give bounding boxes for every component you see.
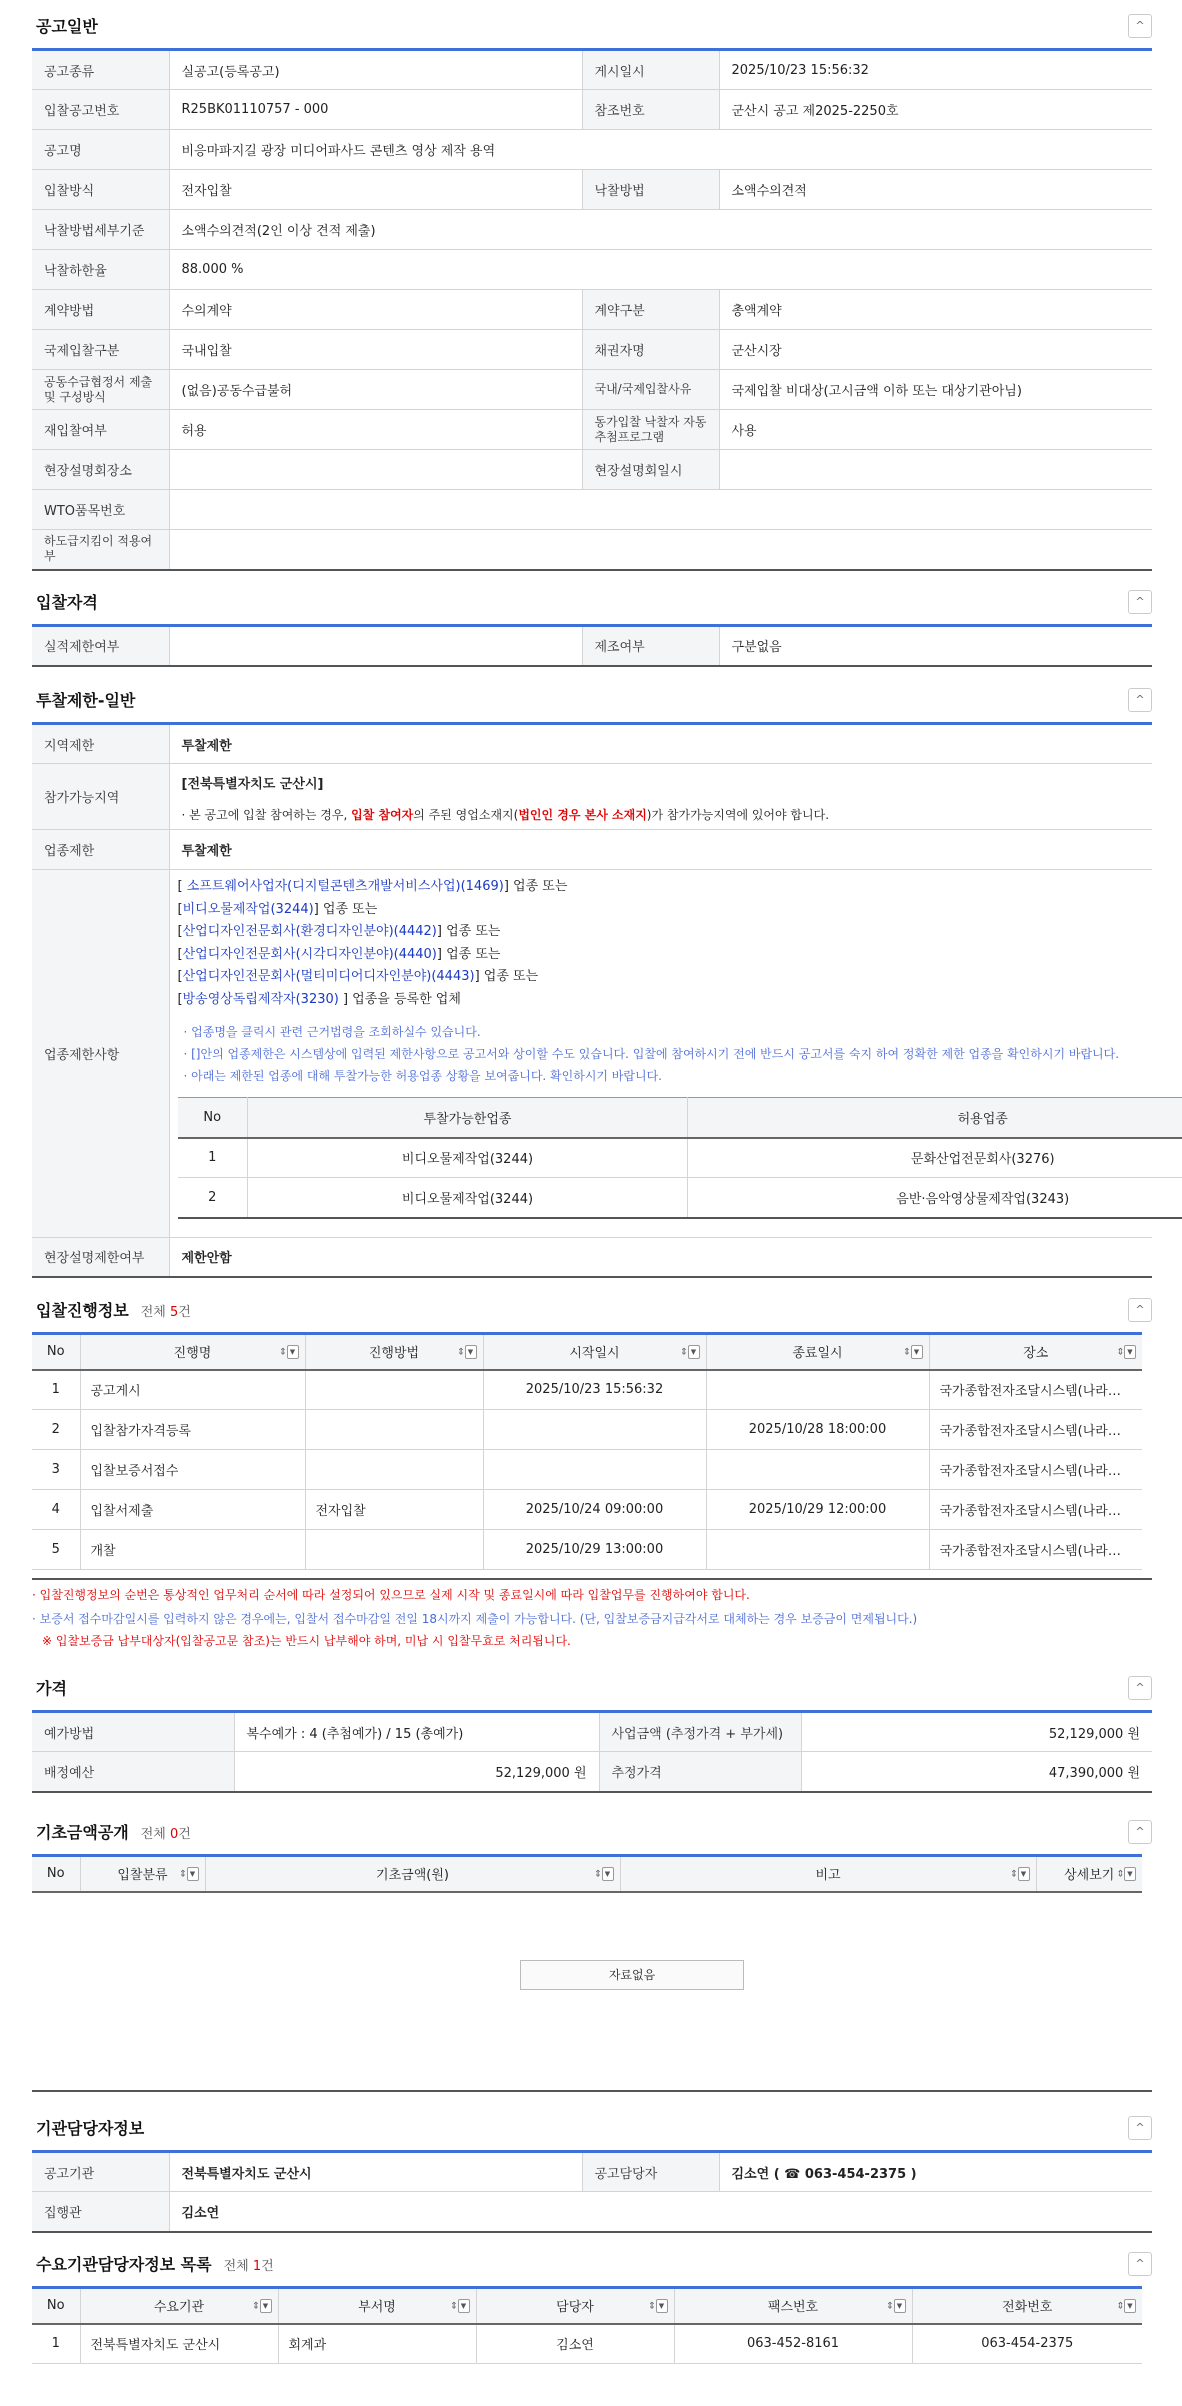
price-method-value: 복수예가 : 4 (추첨예가) / 15 (총예가) (234, 1712, 599, 1752)
cell (483, 1410, 706, 1450)
field-label: 현장설명회일시 (582, 450, 719, 490)
field-value: (없음)공동수급불허 (169, 370, 582, 410)
info-row: 낙찰하한율88.000 % (32, 250, 1152, 290)
cell: 2025/10/29 13:00:00 (483, 1530, 706, 1570)
section-title: 기관담당자정보 (36, 2116, 144, 2139)
field-label: 공동수급협정서 제출 및 구성방식 (32, 370, 169, 410)
sort-icon[interactable]: ⇕ (457, 1348, 465, 1358)
field-value: 수의계약 (169, 290, 582, 330)
industry-note: · 아래는 제한된 업종에 대해 투찰가능한 허용업종 상황을 보여줍니다. 확… (178, 1065, 1141, 1087)
info-row: 하도급지킴이 적용여부 (32, 530, 1152, 570)
sort-icon[interactable]: ⇕ (252, 2302, 260, 2312)
field-label: 채권자명 (582, 330, 719, 370)
allowed-industry-table: No투찰가능한업종허용업종 1비디오물제작업(3244)문화산업전문회사(327… (178, 1097, 1182, 1219)
filter-dropdown-icon[interactable]: ▼ (894, 2299, 906, 2313)
collapse-toggle-icon[interactable]: ^ (1128, 2116, 1152, 2140)
column-label: No (47, 1866, 65, 1881)
area-note: · 본 공고에 입찰 참여하는 경우, 입찰 참여자의 주된 영업소재지(법인인… (182, 806, 1141, 823)
field-value: 전자입찰 (169, 170, 582, 210)
base-price-table: No입찰분류⇕▼기초금액(원)⇕▼비고⇕▼상세보기⇕▼ (32, 1854, 1142, 1893)
filter-dropdown-icon[interactable]: ▼ (602, 1867, 614, 1881)
sort-control[interactable]: ⇕▼ (279, 1345, 299, 1359)
cell: 김소연 (476, 2324, 674, 2364)
project-amount-label: 사업금액 (추정가격 + 부가세) (599, 1712, 801, 1752)
estimated-price-label: 추정가격 (599, 1752, 801, 1792)
agency-table: 공고기관 전북특별자치도 군산시 공고담당자 김소연 ( ☎ 063-454-2… (32, 2150, 1152, 2233)
field-label: 낙찰방법세부기준 (32, 210, 169, 250)
filter-dropdown-icon[interactable]: ▼ (260, 2299, 272, 2313)
filter-dropdown-icon[interactable]: ▼ (465, 1345, 477, 1359)
collapse-toggle-icon[interactable]: ^ (1128, 1298, 1152, 1322)
field-label: 참조번호 (582, 90, 719, 130)
field-value (169, 530, 1152, 570)
industry-item: [산업디자인전문회사(멀티미디어디자인분야)(4443)] 업종 또는 (178, 966, 1141, 989)
field-label: 현장설명회장소 (32, 450, 169, 490)
cell: 입찰참가자격등록 (80, 1410, 305, 1450)
sort-control[interactable]: ⇕▼ (1116, 2299, 1136, 2313)
progress-notices: · 입찰진행정보의 순번은 통상적인 업무처리 순서에 따라 설정되어 있으므로… (32, 1578, 1152, 1652)
section-price: 가격 ^ 예가방법 복수예가 : 4 (추첨예가) / 15 (총예가) 사업금… (32, 1664, 1152, 1793)
column-header[interactable]: 입찰분류⇕▼ (80, 1856, 205, 1892)
info-row: 실적제한여부제조여부구분없음 (32, 626, 1152, 666)
industry-item: [산업디자인전문회사(환경디자인분야)(4442)] 업종 또는 (178, 921, 1141, 944)
sort-control[interactable]: ⇕▼ (252, 2299, 272, 2313)
total-count: 전체 0건 (141, 1827, 191, 1842)
filter-dropdown-icon[interactable]: ▼ (458, 2299, 470, 2313)
industry-suffix: ] 업종 또는 (437, 947, 501, 962)
agency-label: 공고기관 (32, 2152, 169, 2192)
column-label: 수요기관 (154, 2300, 204, 2315)
column-label: 전화번호 (1002, 2300, 1052, 2315)
industry-link[interactable]: 비디오물제작업(3244) (183, 902, 314, 917)
column-header: No (32, 1334, 80, 1370)
filter-dropdown-icon[interactable]: ▼ (656, 2299, 668, 2313)
filter-dropdown-icon[interactable]: ▼ (688, 1345, 700, 1359)
field-label: 입찰공고번호 (32, 90, 169, 130)
cell: 5 (32, 1530, 80, 1570)
info-row: 국제입찰구분국내입찰채권자명군산시장 (32, 330, 1152, 370)
industry-item: [ 소프트웨어사업자(디지털콘텐츠개발서비스사업)(1469)] 업종 또는 (178, 876, 1141, 899)
filter-dropdown-icon[interactable]: ▼ (1018, 1867, 1030, 1881)
budget-label: 배정예산 (32, 1752, 234, 1792)
site-label: 현장설명제한여부 (32, 1237, 169, 1277)
qualification-table: 실적제한여부제조여부구분없음 (32, 624, 1152, 667)
field-label: 입찰방식 (32, 170, 169, 210)
info-row: 입찰방식전자입찰낙찰방법소액수의견적 (32, 170, 1152, 210)
cell: 063-452-8161 (674, 2324, 912, 2364)
detail-label: 업종제한사항 (32, 870, 169, 1238)
industry-link[interactable]: 산업디자인전문회사(멀티미디어디자인분야)(4443) (183, 969, 475, 984)
field-value: 국내입찰 (169, 330, 582, 370)
field-value (719, 450, 1152, 490)
cell: 2025/10/24 09:00:00 (483, 1490, 706, 1530)
demand-table: No수요기관⇕▼부서명⇕▼담당자⇕▼팩스번호⇕▼전화번호⇕▼ 1전북특별자치도 … (32, 2286, 1142, 2364)
executor-label: 집행관 (32, 2192, 169, 2232)
field-label: 계약방법 (32, 290, 169, 330)
column-header[interactable]: 전화번호⇕▼ (912, 2288, 1142, 2324)
sort-control[interactable]: ⇕▼ (450, 2299, 470, 2313)
column-label: 진행명 (174, 1346, 212, 1361)
field-value: 88.000 % (169, 250, 1152, 290)
officer-value: 김소연 ( ☎ 063-454-2375 ) (719, 2152, 1152, 2192)
restriction-table: 지역제한 투찰제한 참가가능지역 [전북특별자치도 군산시] · 본 공고에 입… (32, 722, 1152, 1278)
collapse-toggle-icon[interactable]: ^ (1128, 688, 1152, 712)
collapse-toggle-icon[interactable]: ^ (1128, 1676, 1152, 1700)
cell: 1 (32, 2324, 80, 2364)
column-header[interactable]: 상세보기⇕▼ (1036, 1856, 1142, 1892)
column-header: 허용업종 (688, 1098, 1182, 1138)
cell (305, 1410, 483, 1450)
cell: 063-454-2375 (912, 2324, 1142, 2364)
sort-control[interactable]: ⇕▼ (179, 1867, 199, 1881)
section-title: 가격 (36, 1676, 67, 1699)
sort-control[interactable]: ⇕▼ (903, 1345, 923, 1359)
price-method-label: 예가방법 (32, 1712, 234, 1752)
industry-suffix: ] 업종 또는 (504, 879, 568, 894)
column-header: 투찰가능한업종 (248, 1098, 688, 1138)
section-base-price: 기초금액공개전체 0건 ^ No입찰분류⇕▼기초금액(원)⇕▼비고⇕▼상세보기⇕… (32, 1808, 1152, 1893)
cell: 4 (32, 1490, 80, 1530)
total-count: 전체 1건 (224, 2259, 274, 2274)
sort-icon[interactable]: ⇕ (1116, 1870, 1124, 1880)
cell: 전북특별자치도 군산시 (80, 2324, 278, 2364)
collapse-toggle-icon[interactable]: ^ (1128, 14, 1152, 38)
field-value: 군산시장 (719, 330, 1152, 370)
industry-suffix: ] 업종을 등록한 업체 (343, 992, 461, 1007)
section-title: 수요기관담당자정보 목록전체 1건 (36, 2252, 274, 2275)
info-row: 입찰공고번호R25BK01110757 - 000참조번호군산시 공고 제202… (32, 90, 1152, 130)
cell (706, 1530, 929, 1570)
cell: 1 (32, 1370, 80, 1410)
sort-icon[interactable]: ⇕ (648, 2302, 656, 2312)
agency-value: 전북특별자치도 군산시 (169, 2152, 582, 2192)
industry-suffix: ] 업종 또는 (437, 924, 501, 939)
table-row: 2비디오물제작업(3244)음반·음악영상물제작업(3243) (178, 1178, 1182, 1218)
sort-icon[interactable]: ⇕ (594, 1870, 602, 1880)
section-agency: 기관담당자정보 ^ 공고기관 전북특별자치도 군산시 공고담당자 김소연 ( ☎… (32, 2104, 1152, 2233)
cell: 공고게시 (80, 1370, 305, 1410)
industry-value: 투찰제한 (169, 830, 1152, 870)
cell: 비디오물제작업(3244) (248, 1178, 688, 1218)
field-label: WTO품목번호 (32, 490, 169, 530)
section-restriction: 투찰제한-일반 ^ 지역제한 투찰제한 참가가능지역 [전북특별자치도 군산시]… (32, 676, 1152, 1278)
field-value: 2025/10/23 15:56:32 (719, 50, 1152, 90)
field-label: 공고종류 (32, 50, 169, 90)
info-row: 공고명비응마파지길 광장 미디어파사드 콘텐츠 영상 제작 용역 (32, 130, 1152, 170)
field-value: 국제입찰 비대상(고시금액 이하 또는 대상기관아님) (719, 370, 1152, 410)
field-value (169, 450, 582, 490)
cell: 문화산업전문회사(3276) (688, 1138, 1182, 1178)
filter-dropdown-icon[interactable]: ▼ (1124, 1345, 1136, 1359)
column-header[interactable]: 팩스번호⇕▼ (674, 2288, 912, 2324)
section-demand: 수요기관담당자정보 목록전체 1건 ^ No수요기관⇕▼부서명⇕▼담당자⇕▼팩스… (32, 2240, 1152, 2364)
field-value: 비응마파지길 광장 미디어파사드 콘텐츠 영상 제작 용역 (169, 130, 1152, 170)
section-title: 투찰제한-일반 (36, 688, 135, 711)
filter-dropdown-icon[interactable]: ▼ (911, 1345, 923, 1359)
table-row: 4입찰서제출전자입찰2025/10/24 09:00:002025/10/29 … (32, 1490, 1142, 1530)
bracket: [ (178, 879, 187, 894)
column-label: 비고 (815, 1868, 840, 1883)
cell: 2 (32, 1410, 80, 1450)
sort-icon[interactable]: ⇕ (450, 2302, 458, 2312)
estimated-price-value: 47,390,000 원 (801, 1752, 1152, 1792)
column-header[interactable]: 부서명⇕▼ (278, 2288, 476, 2324)
column-header: No (32, 2288, 80, 2324)
industry-suffix: ] 업종 또는 (314, 902, 378, 917)
section-title: 공고일반 (36, 14, 98, 37)
cell: 개찰 (80, 1530, 305, 1570)
sort-icon[interactable]: ⇕ (1010, 1870, 1018, 1880)
officer-label: 공고담당자 (582, 2152, 719, 2192)
field-value: 구분없음 (719, 626, 1152, 666)
sort-icon[interactable]: ⇕ (680, 1348, 688, 1358)
industry-link[interactable]: 산업디자인전문회사(환경디자인분야)(4442) (183, 924, 437, 939)
table-row: 1비디오물제작업(3244)문화산업전문회사(3276) (178, 1138, 1182, 1178)
field-label: 재입찰여부 (32, 410, 169, 450)
collapse-toggle-icon[interactable]: ^ (1128, 2252, 1152, 2276)
section-general: 공고일반 ^ 공고종류실공고(등록공고)게시일시2025/10/23 15:56… (32, 2, 1152, 571)
section-title: 기초금액공개전체 0건 (36, 1820, 191, 1843)
cell: 3 (32, 1450, 80, 1490)
cell: 국가종합전자조달시스템(나라장… (929, 1530, 1142, 1570)
sort-control[interactable]: ⇕▼ (594, 1867, 614, 1881)
industry-note: · 업종명을 클릭시 관련 근거법령을 조회하실수 있습니다. (178, 1021, 1141, 1043)
cell: 국가종합전자조달시스템(나라장… (929, 1410, 1142, 1450)
budget-value: 52,129,000 원 (234, 1752, 599, 1792)
cell (706, 1370, 929, 1410)
info-row: WTO품목번호 (32, 490, 1152, 530)
area-value: [전북특별자치도 군산시] (182, 773, 1141, 792)
cell (706, 1450, 929, 1490)
info-row: 낙찰방법세부기준소액수의견적(2인 이상 견적 제출) (32, 210, 1152, 250)
industry-notes: · 업종명을 클릭시 관련 근거법령을 조회하실수 있습니다.· []안의 업종… (178, 1021, 1141, 1087)
sort-icon[interactable]: ⇕ (903, 1348, 911, 1358)
sort-control[interactable]: ⇕▼ (1116, 1867, 1136, 1881)
column-label: 부서명 (358, 2300, 396, 2315)
info-row: 현장설명회장소현장설명회일시 (32, 450, 1152, 490)
progress-table: No진행명⇕▼진행방법⇕▼시작일시⇕▼종료일시⇕▼장소⇕▼ 1공고게시2025/… (32, 1332, 1142, 1570)
field-value: 허용 (169, 410, 582, 450)
cell: 2025/10/29 12:00:00 (706, 1490, 929, 1530)
section-progress: 입찰진행정보전체 5건 ^ No진행명⇕▼진행방법⇕▼시작일시⇕▼종료일시⇕▼장… (32, 1286, 1152, 1652)
industry-note: · []안의 업종제한은 시스템상에 입력된 제한사항으로 공고서와 상이할 수… (178, 1043, 1141, 1065)
column-label: 상세보기 (1064, 1868, 1114, 1883)
general-info-table: 공고종류실공고(등록공고)게시일시2025/10/23 15:56:32입찰공고… (32, 48, 1152, 571)
column-label: No (47, 2298, 65, 2313)
column-header[interactable]: 담당자⇕▼ (476, 2288, 674, 2324)
cell: 비디오물제작업(3244) (248, 1138, 688, 1178)
column-header[interactable]: 진행명⇕▼ (80, 1334, 305, 1370)
sort-control[interactable]: ⇕▼ (886, 2299, 906, 2313)
field-label: 낙찰방법 (582, 170, 719, 210)
industry-suffix: ] 업종 또는 (475, 969, 539, 984)
sort-control[interactable]: ⇕▼ (648, 2299, 668, 2313)
column-label: 시작일시 (569, 1346, 619, 1361)
area-label: 참가가능지역 (32, 764, 169, 830)
cell: 2 (178, 1178, 248, 1218)
info-row: 재입찰여부허용동가입찰 낙찰자 자동추첨프로그램사용 (32, 410, 1152, 450)
sort-icon[interactable]: ⇕ (886, 2302, 894, 2312)
industry-item: [산업디자인전문회사(시각디자인분야)(4440)] 업종 또는 (178, 944, 1141, 967)
column-label: 장소 (1023, 1346, 1048, 1361)
table-row: 1공고게시2025/10/23 15:56:32국가종합전자조달시스템(나라장… (32, 1370, 1142, 1410)
project-amount-value: 52,129,000 원 (801, 1712, 1152, 1752)
column-header[interactable]: 진행방법⇕▼ (305, 1334, 483, 1370)
field-label: 동가입찰 낙찰자 자동추첨프로그램 (582, 410, 719, 450)
cell: 1 (178, 1138, 248, 1178)
cell: 입찰서제출 (80, 1490, 305, 1530)
field-value (169, 626, 582, 666)
cell: 전자입찰 (305, 1490, 483, 1530)
cell (305, 1530, 483, 1570)
sort-control[interactable]: ⇕▼ (680, 1345, 700, 1359)
field-label: 하도급지킴이 적용여부 (32, 530, 169, 570)
price-table: 예가방법 복수예가 : 4 (추첨예가) / 15 (총예가) 사업금액 (추정… (32, 1710, 1152, 1793)
cell (305, 1370, 483, 1410)
industry-link[interactable]: 방송영상독립제작자(3230) (183, 992, 343, 1007)
column-label: 진행방법 (369, 1346, 419, 1361)
info-row: 계약방법수의계약계약구분총액계약 (32, 290, 1152, 330)
column-header: No (178, 1098, 248, 1138)
cell: 회계과 (278, 2324, 476, 2364)
cell: 입찰보증서접수 (80, 1450, 305, 1490)
column-label: No (47, 1344, 65, 1359)
cell: 국가종합전자조달시스템(나라장… (929, 1490, 1142, 1530)
field-label: 국내/국제입찰사유 (582, 370, 719, 410)
column-label: 기초금액(원) (376, 1868, 449, 1883)
column-label: 담당자 (556, 2300, 594, 2315)
industry-item: [비디오물제작업(3244)] 업종 또는 (178, 899, 1141, 922)
section-title: 입찰진행정보전체 5건 (36, 1298, 191, 1321)
field-label: 계약구분 (582, 290, 719, 330)
column-header[interactable]: 시작일시⇕▼ (483, 1334, 706, 1370)
field-label: 공고명 (32, 130, 169, 170)
filter-dropdown-icon[interactable]: ▼ (287, 1345, 299, 1359)
table-row: 2입찰참가자격등록2025/10/28 18:00:00국가종합전자조달시스템(… (32, 1410, 1142, 1450)
industry-label: 업종제한 (32, 830, 169, 870)
table-row: 1전북특별자치도 군산시회계과김소연063-452-8161063-454-23… (32, 2324, 1142, 2364)
industry-link[interactable]: 산업디자인전문회사(시각디자인분야)(4440) (183, 947, 437, 962)
column-header[interactable]: 비고⇕▼ (620, 1856, 1036, 1892)
cell: 국가종합전자조달시스템(나라장… (929, 1370, 1142, 1410)
site-value: 제한안함 (169, 1237, 1152, 1277)
sort-control[interactable]: ⇕▼ (1010, 1867, 1030, 1881)
collapse-toggle-icon[interactable]: ^ (1128, 1820, 1152, 1844)
sort-icon[interactable]: ⇕ (279, 1348, 287, 1358)
field-value: R25BK01110757 - 000 (169, 90, 582, 130)
cell: 국가종합전자조달시스템(나라장… (929, 1450, 1142, 1490)
industry-link[interactable]: 소프트웨어사업자(디지털콘텐츠개발서비스사업)(1469) (187, 879, 504, 894)
column-label: 팩스번호 (768, 2300, 818, 2315)
column-header: No (32, 1856, 80, 1892)
info-row: 공고종류실공고(등록공고)게시일시2025/10/23 15:56:32 (32, 50, 1152, 90)
field-value: 실공고(등록공고) (169, 50, 582, 90)
industry-item: [방송영상독립제작자(3230) ] 업종을 등록한 업체 (178, 989, 1141, 1012)
filter-dropdown-icon[interactable]: ▼ (1124, 2299, 1136, 2313)
sort-control[interactable]: ⇕▼ (1116, 1345, 1136, 1359)
sort-icon[interactable]: ⇕ (179, 1870, 187, 1880)
field-value: 사용 (719, 410, 1152, 450)
column-label: 종료일시 (792, 1346, 842, 1361)
total-count: 전체 5건 (141, 1305, 191, 1320)
section-qualification: 입찰자격 ^ 실적제한여부제조여부구분없음 (32, 578, 1152, 667)
divider (32, 2090, 1152, 2092)
field-value: 군산시 공고 제2025-2250호 (719, 90, 1152, 130)
field-label: 국제입찰구분 (32, 330, 169, 370)
no-data-message: 자료없음 (520, 1960, 744, 1990)
column-header[interactable]: 수요기관⇕▼ (80, 2288, 278, 2324)
column-header[interactable]: 장소⇕▼ (929, 1334, 1142, 1370)
table-row: 3입찰보증서접수국가종합전자조달시스템(나라장… (32, 1450, 1142, 1490)
field-value: 소액수의견적(2인 이상 견적 제출) (169, 210, 1152, 250)
cell (305, 1450, 483, 1490)
industry-list: [ 소프트웨어사업자(디지털콘텐츠개발서비스사업)(1469)] 업종 또는[비… (178, 876, 1141, 1011)
column-header[interactable]: 종료일시⇕▼ (706, 1334, 929, 1370)
section-title: 입찰자격 (36, 590, 98, 613)
field-value: 총액계약 (719, 290, 1152, 330)
field-label: 게시일시 (582, 50, 719, 90)
region-label: 지역제한 (32, 724, 169, 764)
cell: 음반·음악영상물제작업(3243) (688, 1178, 1182, 1218)
filter-dropdown-icon[interactable]: ▼ (1124, 1867, 1136, 1881)
executor-value: 김소연 (169, 2192, 1152, 2232)
sort-control[interactable]: ⇕▼ (457, 1345, 477, 1359)
column-header[interactable]: 기초금액(원)⇕▼ (205, 1856, 620, 1892)
column-label: 입찰분류 (117, 1868, 167, 1883)
table-row: 5개찰2025/10/29 13:00:00국가종합전자조달시스템(나라장… (32, 1530, 1142, 1570)
cell: 2025/10/28 18:00:00 (706, 1410, 929, 1450)
field-value: 소액수의견적 (719, 170, 1152, 210)
sort-icon[interactable]: ⇕ (1116, 1348, 1124, 1358)
sort-icon[interactable]: ⇕ (1116, 2302, 1124, 2312)
field-label: 실적제한여부 (32, 626, 169, 666)
field-value (169, 490, 1152, 530)
field-label: 제조여부 (582, 626, 719, 666)
cell (483, 1450, 706, 1490)
field-label: 낙찰하한율 (32, 250, 169, 290)
info-row: 공동수급협정서 제출 및 구성방식(없음)공동수급불허국내/국제입찰사유국제입찰… (32, 370, 1152, 410)
collapse-toggle-icon[interactable]: ^ (1128, 590, 1152, 614)
filter-dropdown-icon[interactable]: ▼ (187, 1867, 199, 1881)
cell: 2025/10/23 15:56:32 (483, 1370, 706, 1410)
region-value: 투찰제한 (169, 724, 1152, 764)
